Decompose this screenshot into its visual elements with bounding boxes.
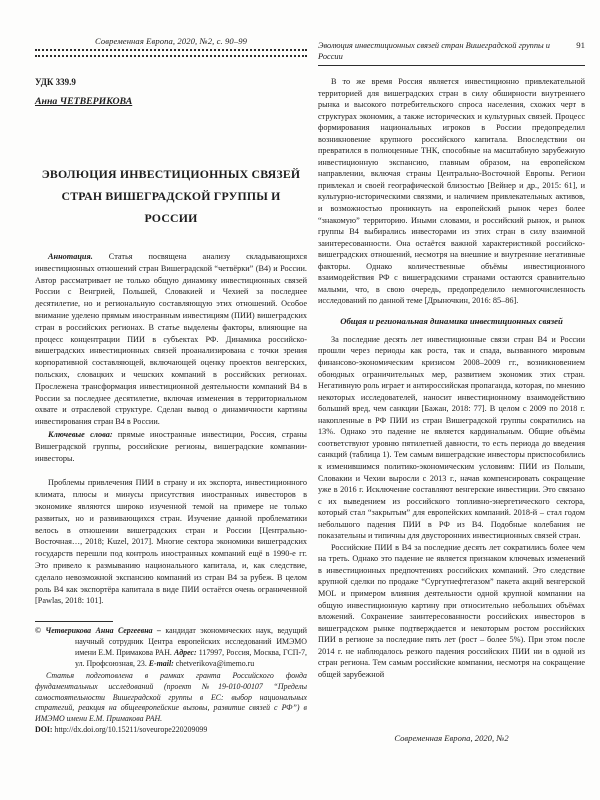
left-page: Современная Европа, 2020, №2, с. 90–99 У…: [35, 36, 307, 736]
left-running-head: Современная Европа, 2020, №2, с. 90–99: [35, 36, 307, 47]
doi-value: http://dx.doi.org/10.15211/soveurope2202…: [53, 725, 208, 734]
article-title: ЭВОЛЮЦИЯ ИНВЕСТИЦИОННЫХ СВЯЗЕЙ СТРАН ВИШ…: [35, 163, 307, 229]
article-title-line2: СТРАН ВИШЕГРАДСКОЙ ГРУППЫ И РОССИИ: [35, 185, 307, 229]
intro-paragraph: Проблемы привлечения ПИИ в страну и их э…: [35, 477, 307, 607]
section-heading: Общая и региональная динамика инвестицио…: [318, 316, 585, 326]
article-title-line1: ЭВОЛЮЦИЯ ИНВЕСТИЦИОННЫХ СВЯЗЕЙ: [35, 163, 307, 185]
abstract-text: Статья посвящена анализу складывающихся …: [35, 252, 307, 426]
right-page-header: Эволюция инвестиционных связей стран Виш…: [318, 40, 585, 66]
author-name: Анна ЧЕТВЕРИКОВА: [35, 96, 307, 107]
right-running-head: Эволюция инвестиционных связей стран Виш…: [318, 40, 568, 62]
header-dotted-rule: [35, 49, 307, 57]
right-page-body: В то же время Россия является инвестицио…: [318, 76, 585, 680]
journal-spread-scan: Современная Европа, 2020, №2, с. 90–99 У…: [0, 0, 600, 800]
footnote-address-label: Адрес:: [174, 648, 197, 657]
paragraph-2: За последние десять лет инвестиционные с…: [318, 334, 585, 542]
paragraph-1: В то же время Россия является инвестицио…: [318, 76, 585, 307]
footnote-divider: [35, 621, 113, 622]
doi-label: DOI:: [35, 725, 53, 734]
paragraph-3: Российские ПИИ в В4 за последние десять …: [318, 542, 585, 681]
doi-line: DOI: http://dx.doi.org/10.15211/soveurop…: [35, 725, 307, 736]
footnote-author-info: © Четверикова Анна Сергеевна – кандидат …: [35, 626, 307, 670]
abstract-label: Аннотация.: [48, 252, 93, 261]
page-number: 91: [568, 40, 585, 51]
right-page: Эволюция инвестиционных связей стран Виш…: [318, 40, 585, 680]
footnote-grant: Статья подготовлена в рамках гранта Росс…: [35, 671, 307, 726]
footnote-copyright-name: © Четверикова Анна Сергеевна –: [35, 626, 161, 635]
udc-code: УДК 339.9: [35, 77, 307, 87]
footnote-block: © Четверикова Анна Сергеевна – кандидат …: [35, 626, 307, 736]
keywords-label: Ключевые слова:: [48, 430, 113, 439]
footnote-email-label: E-mail:: [149, 659, 174, 668]
keywords: Ключевые слова: прямые иностранные инвес…: [35, 429, 307, 464]
footnote-email: chetverikova@imemo.ru: [174, 659, 254, 668]
abstract: Аннотация. Статья посвящена анализу скла…: [35, 251, 307, 428]
journal-footer: Современная Европа, 2020, №2: [318, 733, 585, 743]
